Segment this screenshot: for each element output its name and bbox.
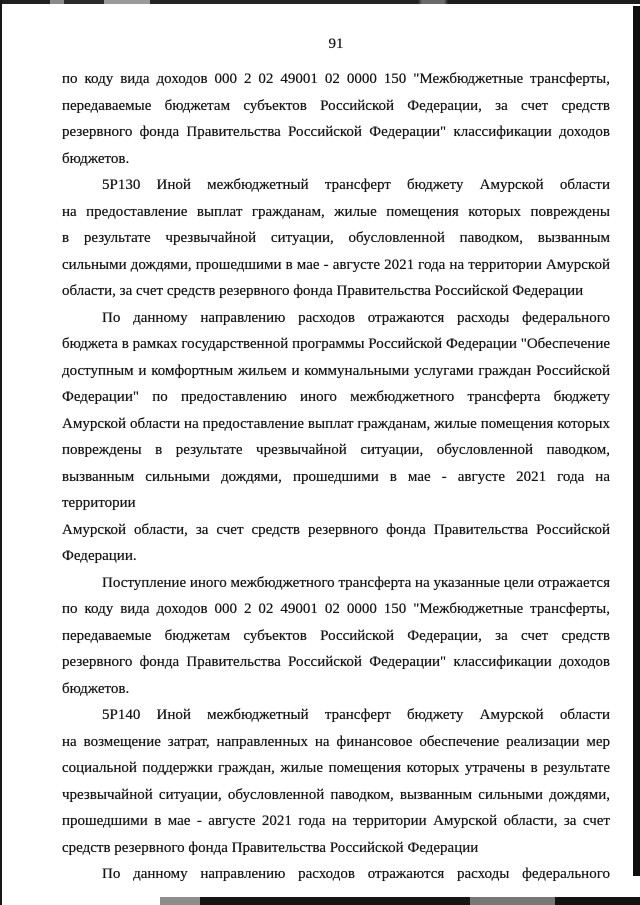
text-line: на предоставление выплат гражданам, жилы… (62, 199, 610, 226)
text-line: резервного фонда Правительства Российско… (62, 119, 610, 146)
text-line: 5Р140 Иной межбюджетный трансферт бюджет… (62, 702, 610, 729)
scan-border-top (0, 0, 640, 4)
document-text: по коду вида доходов 000 2 02 49001 02 0… (62, 66, 610, 888)
text-line: по коду вида доходов 000 2 02 49001 02 0… (62, 596, 610, 623)
text-line: доступным и комфортным жильем и коммунал… (62, 358, 610, 385)
text-line: Федерации. (62, 543, 610, 570)
text-line: По данному направлению расходов отражают… (62, 305, 610, 332)
text-line: Амурской области на предоставление выпла… (62, 411, 610, 438)
text-line: резервного фонда Правительства Российско… (62, 649, 610, 676)
text-line: передаваемые бюджетам субъектов Российск… (62, 623, 610, 650)
text-line: средств резервного фонда Правительства Р… (62, 835, 610, 862)
text-line: Амурской области, за счет средств резерв… (62, 517, 610, 544)
text-line: передаваемые бюджетам субъектов Российск… (62, 93, 610, 120)
text-line: вызванным сильными дождями, прошедшими в… (62, 464, 610, 517)
text-line: бюджета в рамках государственной програм… (62, 331, 610, 358)
text-line: Поступление иного межбюджетного трансфер… (62, 570, 610, 597)
text-line: бюджетов. (62, 676, 610, 703)
text-line: бюджетов. (62, 146, 610, 173)
page-number: 91 (62, 34, 610, 54)
text-line: по коду вида доходов 000 2 02 49001 02 0… (62, 66, 610, 93)
text-line: Федерации" по предоставлению иного межбю… (62, 384, 610, 411)
document-body: 91 по коду вида доходов 000 2 02 49001 0… (62, 34, 610, 888)
text-line: чрезвычайной ситуации, обусловленной пав… (62, 782, 610, 809)
text-line: прошедшими в мае - августе 2021 года на … (62, 808, 610, 835)
text-line: По данному направлению расходов отражают… (62, 861, 610, 888)
text-line: социальной поддержки граждан, жилые поме… (62, 755, 610, 782)
scan-border-left (0, 0, 2, 905)
text-line: 5Р130 Иной межбюджетный трансферт бюджет… (62, 172, 610, 199)
text-line: на возмещение затрат, направленных на фи… (62, 729, 610, 756)
text-line: области, за счет средств резервного фонд… (62, 278, 610, 305)
scanned-document-page: 91 по коду вида доходов 000 2 02 49001 0… (0, 0, 640, 905)
scan-border-bottom (0, 897, 640, 905)
text-line: в результате чрезвычайной ситуации, обус… (62, 225, 610, 252)
text-line: сильными дождями, прошедшими в мае - авг… (62, 252, 610, 279)
text-line: повреждены в результате чрезвычайной сит… (62, 437, 610, 464)
scan-border-right (633, 6, 640, 876)
